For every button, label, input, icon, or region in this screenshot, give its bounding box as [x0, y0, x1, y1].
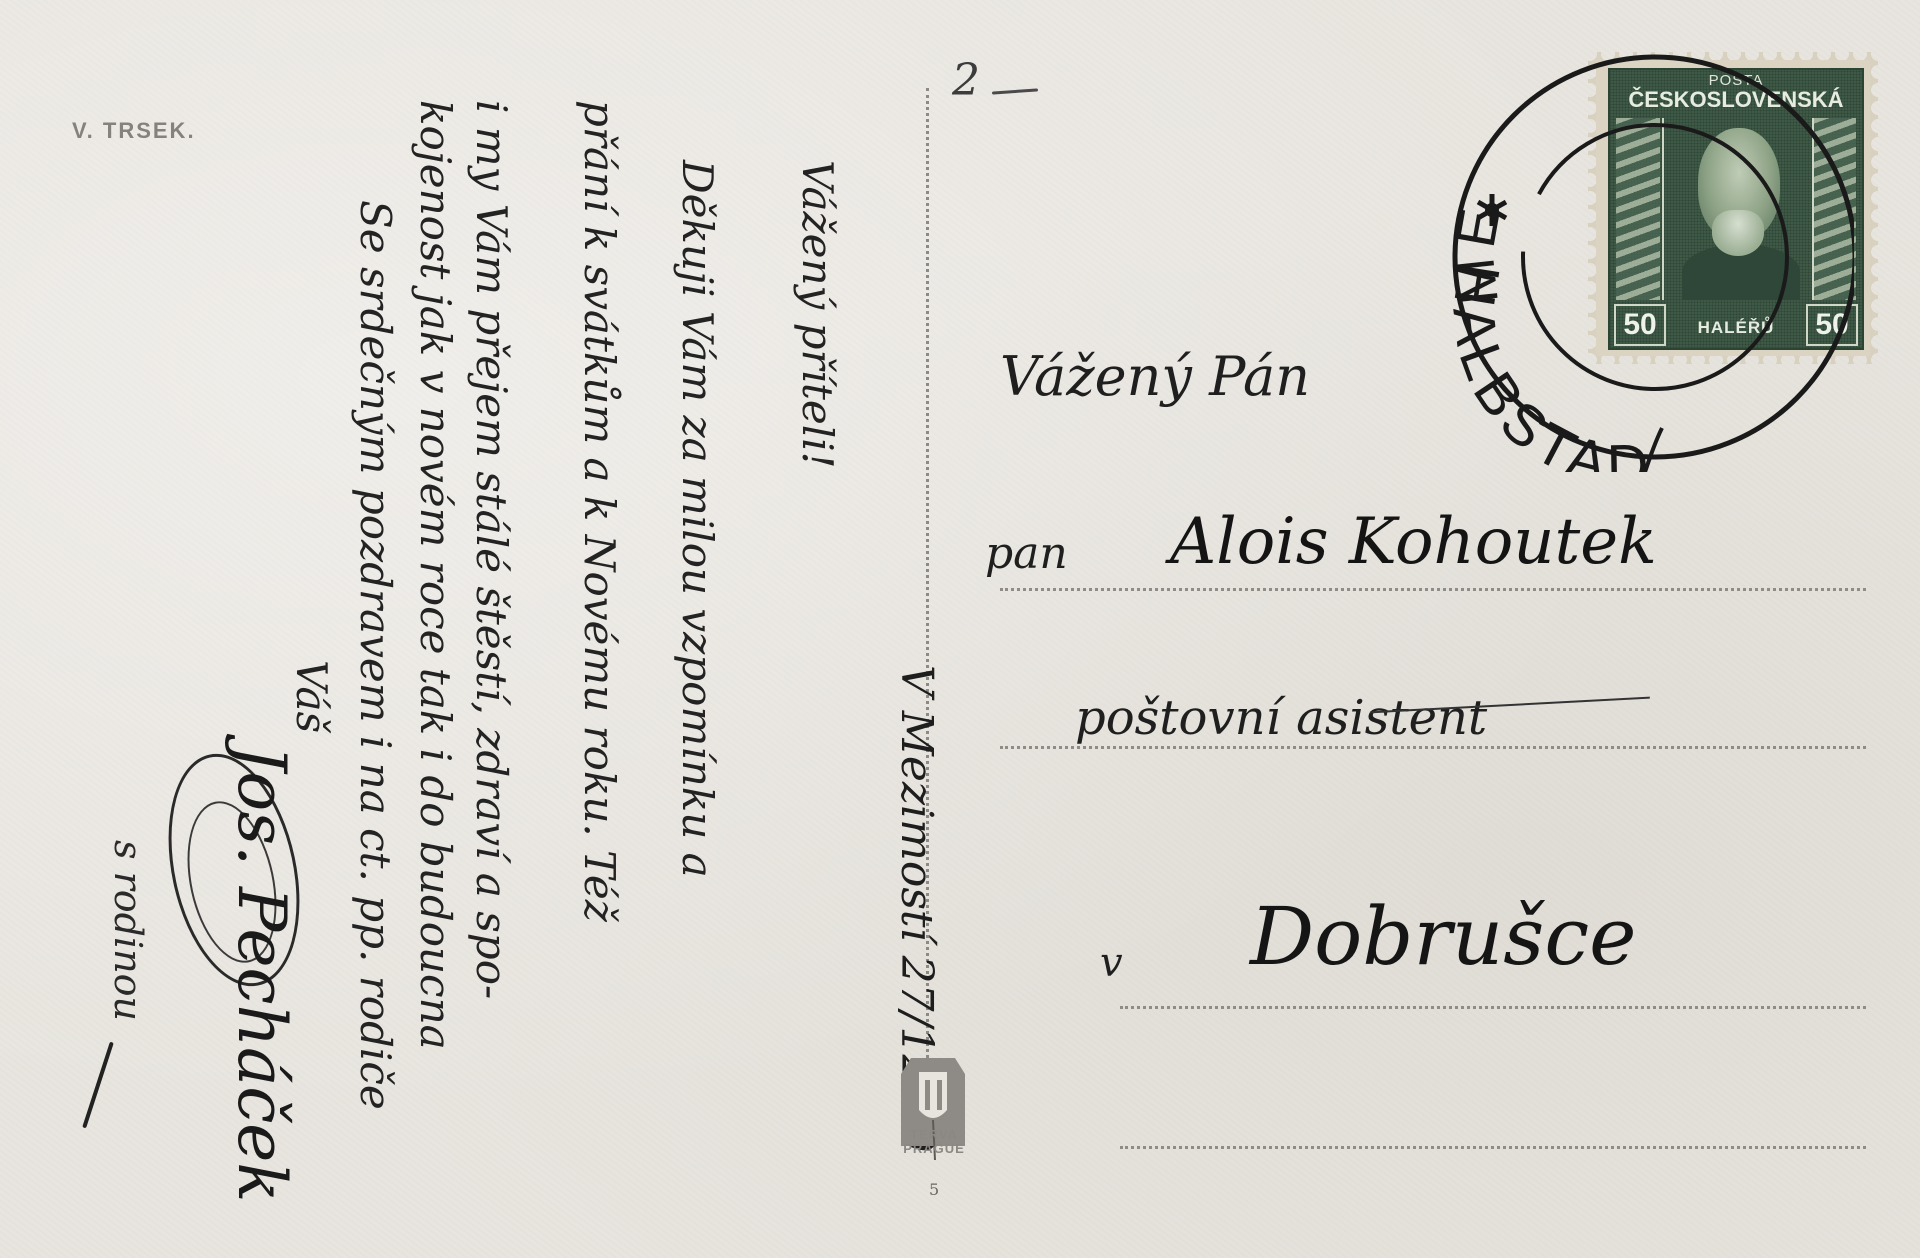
message-closing: Váš: [287, 660, 336, 733]
postmark: ME HALBSTAD: [1440, 42, 1854, 472]
center-divider: [926, 88, 929, 1148]
publisher-imprint: V. TRSEK.: [72, 118, 196, 144]
address-city: Dobrušce: [1250, 890, 1636, 983]
signature-flourish-inner: [174, 793, 290, 971]
address-occupation: poštovní asistent: [1075, 690, 1487, 746]
address-greeting: Vážený Pán: [1000, 345, 1310, 408]
address-preposition: v: [1100, 940, 1123, 986]
signature-flourish: [149, 742, 319, 999]
message-line: i my Vám přejem stálé štěstí, zdraví a s…: [467, 100, 516, 999]
signature: Jos. Pecháček: [223, 745, 300, 1202]
address-line-3: [1120, 1006, 1866, 1009]
address-line-4: [1120, 1146, 1866, 1149]
address-prefix: pan: [985, 528, 1068, 579]
publisher-logo-line2: PRAGUE: [897, 1142, 971, 1156]
closing-family: s rodinou: [106, 840, 150, 1021]
page-mark: 2: [952, 55, 980, 106]
svg-text:HALBSTAD: HALBSTAD: [1440, 259, 1655, 472]
page-mark-dash: [992, 88, 1038, 94]
address-line-1: [1000, 588, 1866, 591]
address-name: Alois Kohoutek: [1170, 505, 1657, 579]
postcard: V. TRSEK. 2 Vážený Pán pan Alois Kohoute…: [0, 0, 1920, 1258]
message-line: Vážený příteli!: [793, 160, 842, 469]
postmark-bottom-text: HALBSTAD: [1440, 259, 1655, 472]
address-line-2: [1000, 746, 1866, 749]
message-line: Děkuji Vám za milou vzpomínku a: [673, 160, 722, 878]
message-line: kojenost jak v novém roce tak i do budou…: [411, 100, 460, 1050]
message-line: Se srdečným pozdravem i na ct. pp. rodič…: [351, 200, 400, 1110]
publisher-logo-text: TERVA PRAGUE: [897, 1128, 971, 1156]
publisher-logo-line1: TERVA: [897, 1128, 971, 1142]
publisher-number: 5: [929, 1180, 939, 1199]
closing-stroke: [82, 1042, 114, 1129]
message-line: přání k svátkům a k Novému roku. Též: [575, 100, 624, 922]
